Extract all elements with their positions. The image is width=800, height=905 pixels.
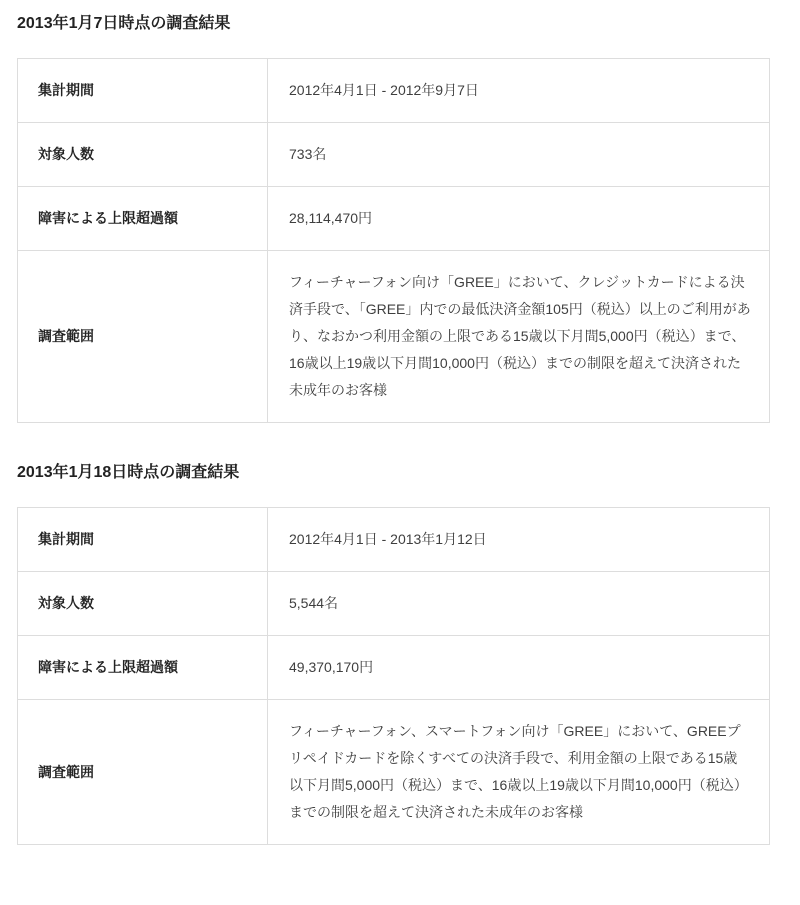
row-label: 対象人数 [18, 123, 268, 187]
table-row: 対象人数5,544名 [18, 572, 770, 636]
survey-table: 集計期間2012年4月1日 - 2013年1月12日対象人数5,544名障害によ… [17, 507, 770, 845]
row-label: 対象人数 [18, 572, 268, 636]
table-row: 対象人数733名 [18, 123, 770, 187]
row-value: 2012年4月1日 - 2013年1月12日 [268, 508, 770, 572]
row-label: 集計期間 [18, 508, 268, 572]
section-heading: 2013年1月7日時点の調査結果 [17, 14, 770, 34]
table-row: 集計期間2012年4月1日 - 2012年9月7日 [18, 59, 770, 123]
table-row: 障害による上限超過額28,114,470円 [18, 187, 770, 251]
row-value: 5,544名 [268, 572, 770, 636]
row-label: 調査範囲 [18, 251, 268, 423]
survey-section: 2013年1月7日時点の調査結果集計期間2012年4月1日 - 2012年9月7… [17, 14, 770, 423]
survey-section: 2013年1月18日時点の調査結果集計期間2012年4月1日 - 2013年1月… [17, 463, 770, 845]
table-row: 障害による上限超過額49,370,170円 [18, 636, 770, 700]
row-value: 28,114,470円 [268, 187, 770, 251]
survey-results-page: 2013年1月7日時点の調査結果集計期間2012年4月1日 - 2012年9月7… [0, 0, 800, 905]
row-value: 49,370,170円 [268, 636, 770, 700]
row-value: フィーチャーフォン、スマートフォン向け「GREE」において、GREEプリペイドカ… [268, 700, 770, 845]
row-label: 障害による上限超過額 [18, 636, 268, 700]
row-value: 2012年4月1日 - 2012年9月7日 [268, 59, 770, 123]
row-value: 733名 [268, 123, 770, 187]
row-label: 集計期間 [18, 59, 268, 123]
survey-table: 集計期間2012年4月1日 - 2012年9月7日対象人数733名障害による上限… [17, 58, 770, 423]
row-label: 障害による上限超過額 [18, 187, 268, 251]
row-value: フィーチャーフォン向け「GREE」において、クレジットカードによる決済手段で、「… [268, 251, 770, 423]
table-row: 集計期間2012年4月1日 - 2013年1月12日 [18, 508, 770, 572]
table-row: 調査範囲フィーチャーフォン、スマートフォン向け「GREE」において、GREEプリ… [18, 700, 770, 845]
section-heading: 2013年1月18日時点の調査結果 [17, 463, 770, 483]
table-row: 調査範囲フィーチャーフォン向け「GREE」において、クレジットカードによる決済手… [18, 251, 770, 423]
row-label: 調査範囲 [18, 700, 268, 845]
